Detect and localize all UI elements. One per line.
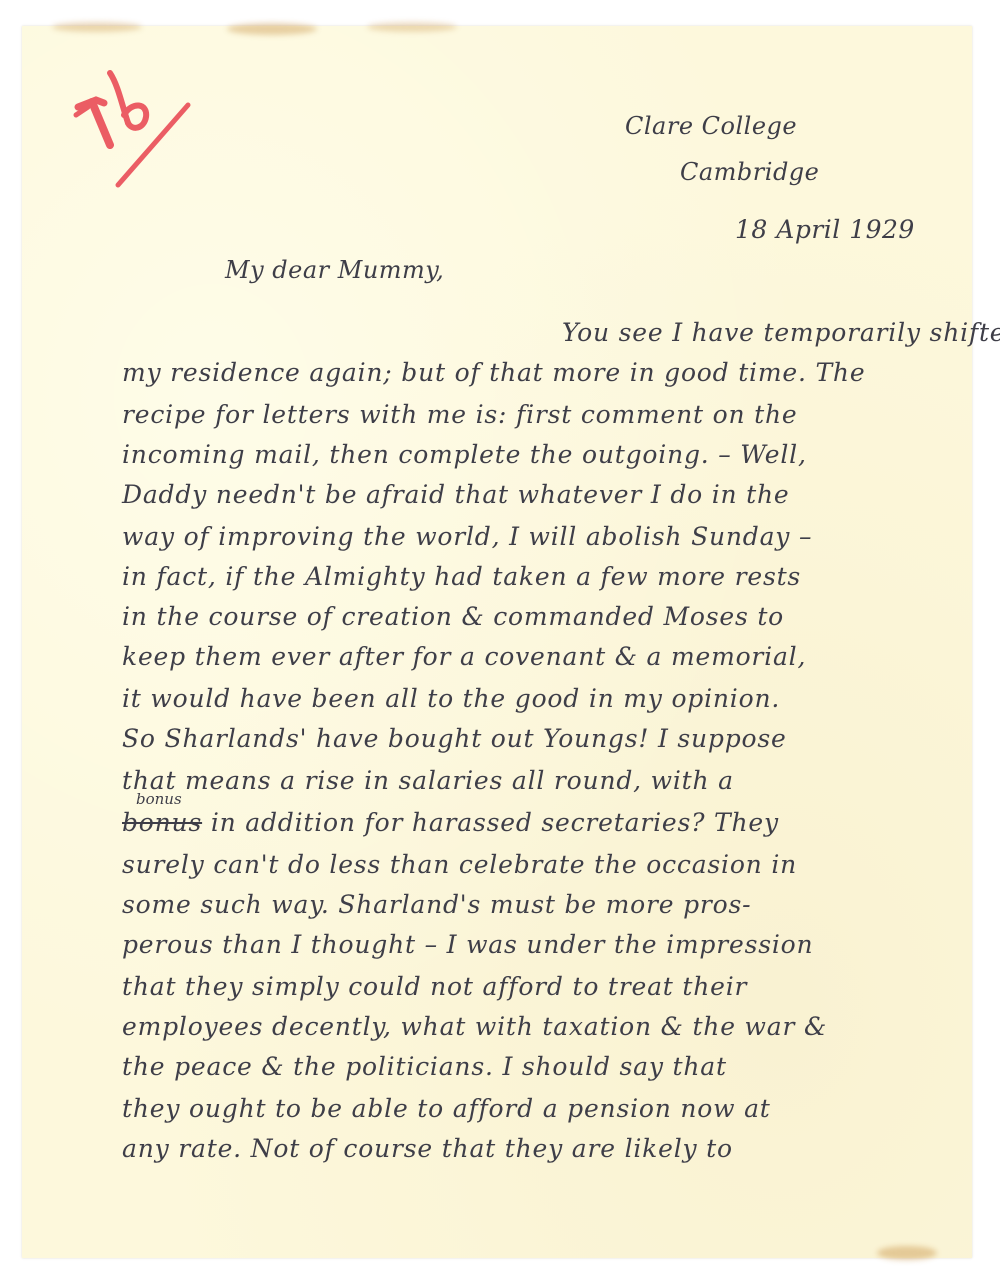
edge-stain <box>877 1246 937 1260</box>
body-line: You see I have temporarily shifted <box>562 318 1000 347</box>
body-line: that means a rise in salaries all round,… <box>122 766 734 795</box>
body-line: Daddy needn't be afraid that whatever I … <box>122 480 790 509</box>
body-line: recipe for letters with me is: first com… <box>122 400 797 429</box>
body-line: in fact, if the Almighty had taken a few… <box>122 562 801 591</box>
edge-stain <box>227 23 317 35</box>
sender-address-line-2: Cambridge <box>680 158 819 186</box>
body-line: surely can't do less than celebrate the … <box>122 850 797 879</box>
body-line: in the course of creation & commanded Mo… <box>122 602 784 631</box>
body-line: employees decently, what with taxation &… <box>122 1012 827 1041</box>
edge-stain <box>52 22 142 32</box>
body-line: way of improving the world, I will aboli… <box>122 522 812 551</box>
body-line: they ought to be able to afford a pensio… <box>122 1094 771 1123</box>
body-line: perous than I thought – I was under the … <box>122 930 813 959</box>
body-line: it would have been all to the good in my… <box>122 684 780 713</box>
salutation: My dear Mummy, <box>225 256 444 284</box>
edge-stain <box>367 22 457 32</box>
struck-word: bonus <box>122 808 202 837</box>
body-line: my residence again; but of that more in … <box>122 358 865 387</box>
body-line: So Sharlands' have bought out Youngs! I … <box>122 724 787 753</box>
body-line: bonus in addition for harassed secretari… <box>122 808 779 837</box>
interlinear-insertion: bonus <box>136 790 182 808</box>
body-line-text: in addition for harassed secretaries? Th… <box>211 808 779 837</box>
letter-date: 18 April 1929 <box>735 215 915 244</box>
body-line: some such way. Sharland's must be more p… <box>122 890 751 919</box>
sender-address-line-1: Clare College <box>625 112 797 140</box>
body-line: that they simply could not afford to tre… <box>122 972 747 1001</box>
body-line: incoming mail, then complete the outgoin… <box>122 440 807 469</box>
body-line: keep them ever after for a covenant & a … <box>122 642 806 671</box>
body-line: any rate. Not of course that they are li… <box>122 1134 733 1163</box>
body-line: the peace & the politicians. I should sa… <box>122 1052 727 1081</box>
